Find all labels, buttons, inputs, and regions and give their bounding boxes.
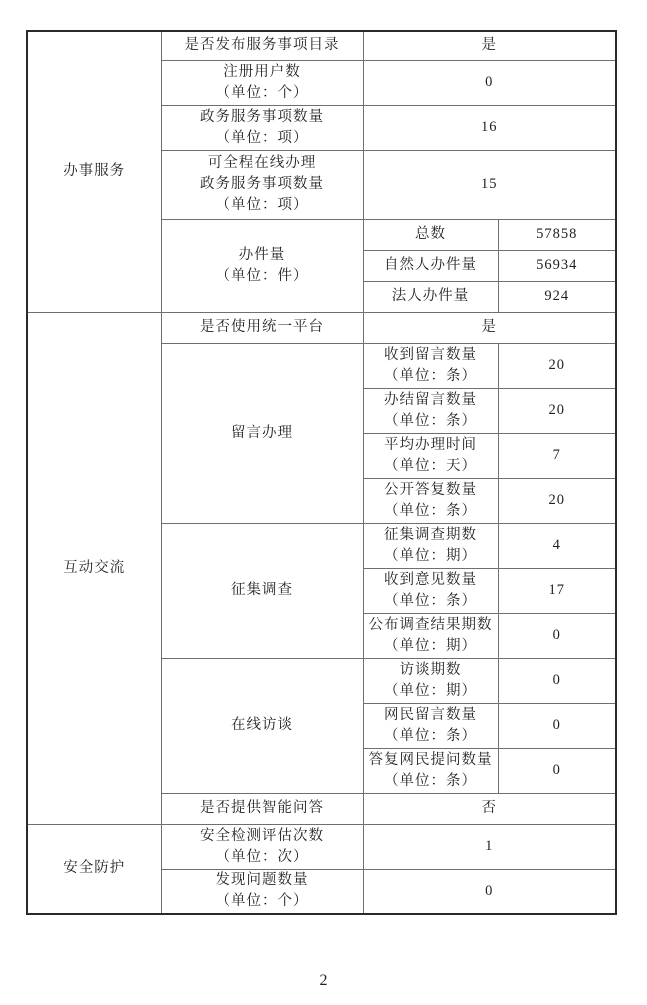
label-line: 征集调查期数 [366, 525, 496, 546]
sub-label: 总数 [363, 219, 498, 250]
label-line: 访谈期数 [366, 660, 496, 681]
page-number: 2 [0, 972, 647, 990]
table-row: 互动交流 是否使用统一平台 是 [27, 312, 616, 343]
report-table: 办事服务 是否发布服务事项目录 是 注册用户数 （单位：个） 0 政务服务事项数… [26, 30, 617, 915]
sub-value: 20 [498, 478, 616, 523]
label-line: （单位：项） [164, 128, 361, 149]
label-line: （单位：个） [164, 83, 361, 104]
label-line: 网民留言数量 [366, 705, 496, 726]
sub-label: 公布调查结果期数 （单位：期） [363, 613, 498, 658]
row-value: 是 [363, 31, 616, 60]
sub-label: 收到留言数量 （单位：条） [363, 343, 498, 388]
label-line: 公布调查结果期数 [366, 615, 496, 636]
sub-label: 公开答复数量 （单位：条） [363, 478, 498, 523]
group-label: 办件量 （单位：件） [161, 219, 363, 312]
row-value: 1 [363, 824, 616, 869]
label-line: （单位：期） [366, 546, 496, 567]
sub-value: 20 [498, 388, 616, 433]
sub-label: 法人办件量 [363, 281, 498, 312]
label-line: 政务服务事项数量 [164, 107, 361, 128]
sub-value: 924 [498, 281, 616, 312]
row-value: 否 [363, 793, 616, 824]
label-line: （单位：条） [366, 501, 496, 522]
sub-value: 4 [498, 523, 616, 568]
sub-label: 收到意见数量 （单位：条） [363, 568, 498, 613]
table-row: 办事服务 是否发布服务事项目录 是 [27, 31, 616, 60]
label-line: （单位：个） [164, 891, 361, 912]
row-label: 是否提供智能问答 [161, 793, 363, 824]
label-line: （单位：条） [366, 591, 496, 612]
label-line: （单位：条） [366, 771, 496, 792]
sub-label: 办结留言数量 （单位：条） [363, 388, 498, 433]
category-cell-interaction: 互动交流 [27, 312, 161, 824]
row-value: 15 [363, 150, 616, 219]
label-line: （单位：期） [366, 636, 496, 657]
label-line: （单位：条） [366, 366, 496, 387]
group-label: 征集调查 [161, 523, 363, 658]
sub-label: 答复网民提问数量 （单位：条） [363, 748, 498, 793]
label-line: 收到意见数量 [366, 570, 496, 591]
sub-value: 56934 [498, 250, 616, 281]
row-label: 发现问题数量 （单位：个） [161, 869, 363, 914]
row-value: 0 [363, 869, 616, 914]
sub-label: 网民留言数量 （单位：条） [363, 703, 498, 748]
label-line: 办件量 [164, 245, 361, 266]
category-cell-security: 安全防护 [27, 824, 161, 914]
label-line: （单位：条） [366, 411, 496, 432]
group-label: 留言办理 [161, 343, 363, 523]
row-label: 安全检测评估次数 （单位：次） [161, 824, 363, 869]
category-cell-service: 办事服务 [27, 31, 161, 312]
label-line: 政务服务事项数量 [164, 174, 361, 195]
sub-label: 征集调查期数 （单位：期） [363, 523, 498, 568]
row-label: 政务服务事项数量 （单位：项） [161, 105, 363, 150]
label-line: 安全检测评估次数 [164, 826, 361, 847]
label-line: 办结留言数量 [366, 390, 496, 411]
sub-value: 17 [498, 568, 616, 613]
row-label: 注册用户数 （单位：个） [161, 60, 363, 105]
row-value: 0 [363, 60, 616, 105]
label-line: 答复网民提问数量 [366, 750, 496, 771]
sub-value: 57858 [498, 219, 616, 250]
label-line: （单位：次） [164, 847, 361, 868]
sub-label: 访谈期数 （单位：期） [363, 658, 498, 703]
sub-value: 7 [498, 433, 616, 478]
sub-value: 20 [498, 343, 616, 388]
sub-value: 0 [498, 613, 616, 658]
sub-value: 0 [498, 748, 616, 793]
label-line: （单位：项） [164, 195, 361, 216]
label-line: （单位：期） [366, 681, 496, 702]
label-line: 收到留言数量 [366, 345, 496, 366]
label-line: （单位：条） [366, 726, 496, 747]
row-label: 是否使用统一平台 [161, 312, 363, 343]
sub-value: 0 [498, 658, 616, 703]
sub-label: 自然人办件量 [363, 250, 498, 281]
row-label: 是否发布服务事项目录 [161, 31, 363, 60]
label-line: 注册用户数 [164, 62, 361, 83]
label-line: （单位：件） [164, 266, 361, 287]
label-line: 发现问题数量 [164, 870, 361, 891]
table-row: 安全防护 安全检测评估次数 （单位：次） 1 [27, 824, 616, 869]
document-page: 办事服务 是否发布服务事项目录 是 注册用户数 （单位：个） 0 政务服务事项数… [0, 0, 647, 1005]
label-line: 可全程在线办理 [164, 153, 361, 174]
group-label: 在线访谈 [161, 658, 363, 793]
row-value: 16 [363, 105, 616, 150]
label-line: （单位：天） [366, 456, 496, 477]
label-line: 平均办理时间 [366, 435, 496, 456]
row-value: 是 [363, 312, 616, 343]
row-label: 可全程在线办理 政务服务事项数量 （单位：项） [161, 150, 363, 219]
label-line: 公开答复数量 [366, 480, 496, 501]
sub-value: 0 [498, 703, 616, 748]
sub-label: 平均办理时间 （单位：天） [363, 433, 498, 478]
